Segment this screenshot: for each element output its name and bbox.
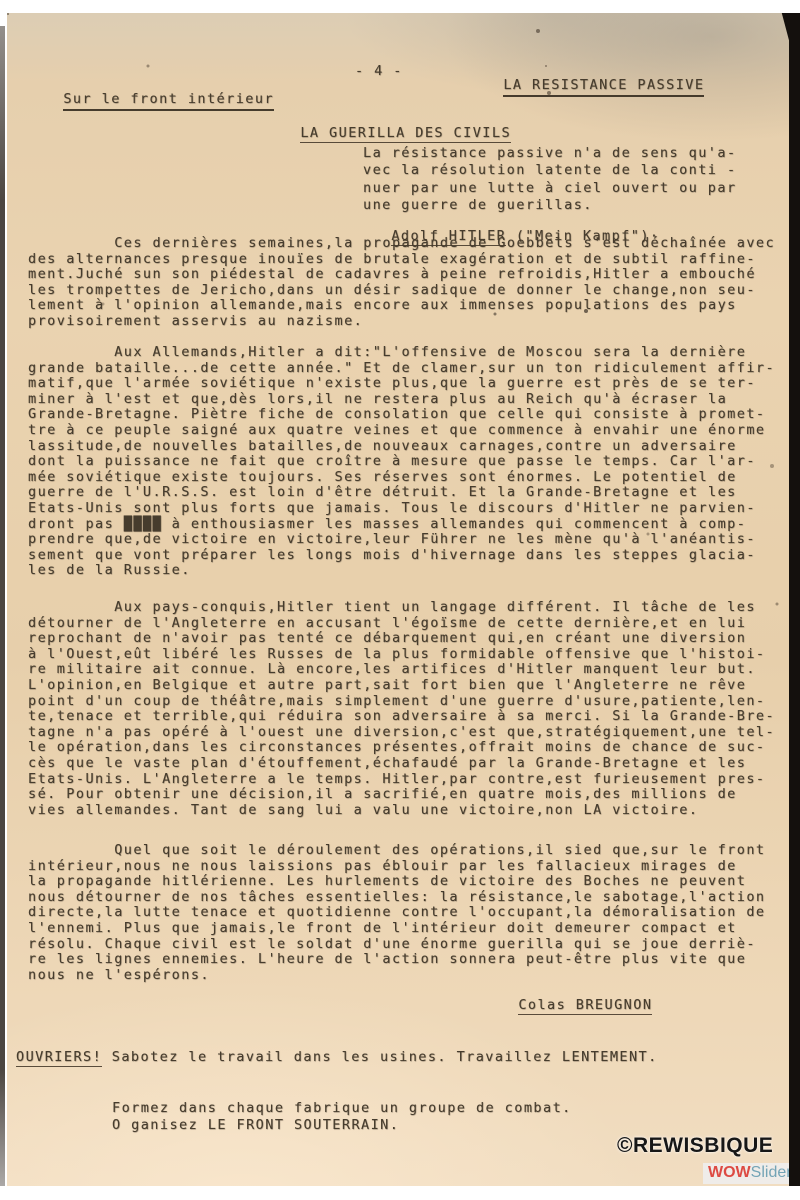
signature-text: Colas BREUGNON	[518, 997, 652, 1015]
header-right-heading-text: LA RESISTANCE PASSIVE	[503, 77, 704, 97]
header-left-heading: Sur le front intérieur	[25, 76, 274, 123]
paragraph-1: Ces dernières semaines,la propagande de …	[28, 236, 775, 330]
copyright-watermark: ©REWISBIQUE	[617, 1134, 773, 1158]
wowslider-slider-text: Slider	[751, 1164, 792, 1181]
workers-note-line1: OUVRIERS! Sabotez le travail dans les us…	[16, 1049, 658, 1066]
epigraph-quote: La résistance passive n'a de sens qu'a- …	[363, 145, 737, 215]
workers-note-label: OUVRIERS!	[16, 1049, 102, 1067]
scan-left-edge	[0, 26, 5, 1186]
paper-sheet: Sur le front intérieur - 4 - LA RESISTAN…	[7, 13, 789, 1186]
scan-right-edge	[789, 13, 800, 1186]
paper-specks	[7, 13, 9, 15]
paragraph-2: Aux Allemands,Hitler a dit:"L'offensive …	[28, 345, 775, 579]
workers-note-rest: Formez dans chaque fabrique un groupe de…	[112, 1100, 658, 1134]
document-title-text: LA GUERILLA DES CIVILS	[300, 125, 511, 143]
header-left-heading-text: Sur le front intérieur	[63, 91, 274, 111]
wowslider-wow-text: WOW	[708, 1164, 751, 1181]
paragraph-4: Quel que soit le déroulement des opérati…	[28, 843, 765, 983]
workers-note-line1-text: Sabotez le travail dans les usines. Trav…	[102, 1049, 658, 1065]
workers-note: OUVRIERS! Sabotez le travail dans les us…	[16, 1015, 658, 1168]
scanned-document-page: { "page": { "header": { "left_heading": …	[0, 0, 800, 1200]
wowslider-watermark: WOWSlider	[703, 1163, 797, 1184]
page-number: - 4 -	[355, 64, 403, 80]
paragraph-3: Aux pays-conquis,Hitler tient un langage…	[28, 600, 775, 818]
header-right-heading: LA RESISTANCE PASSIVE	[465, 62, 704, 109]
